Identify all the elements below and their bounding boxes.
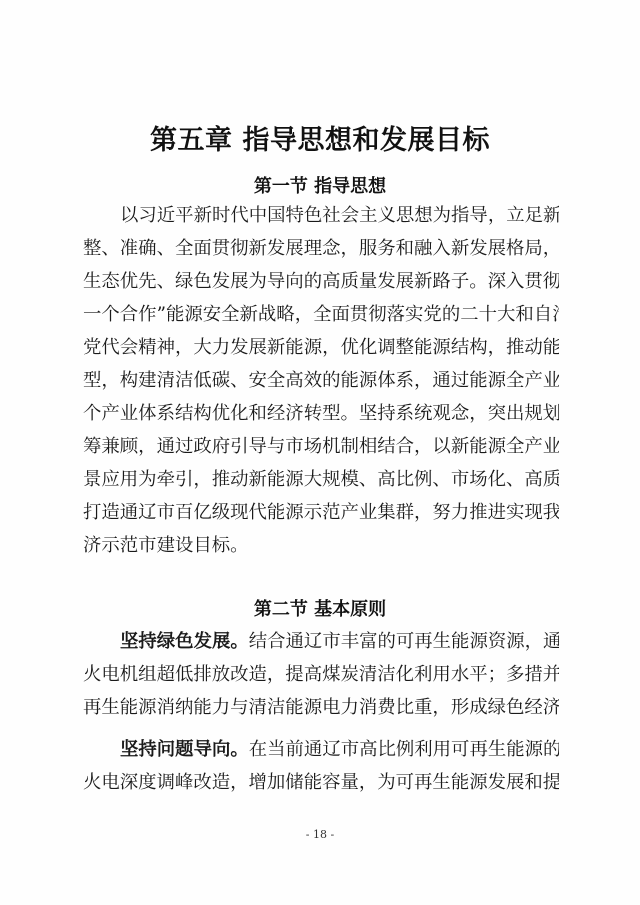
paragraph-line: 再生能源消纳能力与清洁能源电力消费比重，形成绿色经济发展的典范。 — [83, 691, 559, 724]
paragraph-line: 火电机组超低排放改造，提高煤炭清洁化利用水平；多措并举提升本地可 — [83, 658, 559, 691]
principle-green-development: 坚持绿色发展。结合通辽市丰富的可再生能源资源，通过存量和增量 火电机组超低排放改… — [83, 625, 559, 724]
section-title-guiding-ideology: 第一节 指导思想 — [0, 172, 640, 198]
section-title-basic-principles: 第二节 基本原则 — [0, 595, 640, 621]
paragraph-line: 筹兼顾，通过政府引导与市场机制相结合，以新能源全产业链发展、多场 — [83, 430, 559, 463]
principle-problem-oriented: 坚持问题导向。在当前通辽市高比例利用可再生能源的基础上，加快 火电深度调峰改造，… — [83, 733, 559, 799]
principle-first-line: 坚持绿色发展。结合通辽市丰富的可再生能源资源，通过存量和增量 — [83, 625, 559, 658]
paragraph-line: 打造通辽市百亿级现代能源示范产业集群，努力推进实现我市现代能源经 — [83, 496, 559, 529]
principle-first-line: 坚持问题导向。在当前通辽市高比例利用可再生能源的基础上，加快 — [83, 733, 559, 766]
principle-text: 在当前通辽市高比例利用可再生能源的基础上，加快 — [249, 739, 559, 760]
document-page: 第五章 指导思想和发展目标 第一节 指导思想 以习近平新时代中国特色社会主义思想… — [0, 0, 640, 905]
paragraph-guiding-ideology: 以习近平新时代中国特色社会主义思想为指导，立足新发展阶段，完 整、准确、全面贯彻… — [83, 199, 559, 562]
principle-heading: 坚持问题导向。 — [120, 739, 249, 760]
paragraph-line: 型，构建清洁低碳、安全高效的能源体系，通过能源全产业链发展引领整 — [83, 364, 559, 397]
paragraph-line: 生态优先、绿色发展为导向的高质量发展新路子。深入贯彻“四个革命， — [83, 265, 559, 298]
paragraph-line: 景应用为牵引，推动新能源大规模、高比例、市场化、高质量发展，着力 — [83, 463, 559, 496]
page-number: - 18 - — [0, 828, 640, 841]
paragraph-line: 整、准确、全面贯彻新发展理念，服务和融入新发展格局，坚定不移走以 — [83, 232, 559, 265]
principle-heading: 坚持绿色发展。 — [120, 631, 249, 652]
chapter-title: 第五章 指导思想和发展目标 — [0, 118, 640, 157]
paragraph-line: 济示范市建设目标。 — [83, 529, 559, 562]
paragraph-line: 个产业体系结构优化和经济转型。坚持系统观念，突出规划引领，注重统 — [83, 397, 559, 430]
paragraph-line: 火电深度调峰改造，增加储能容量，为可再生能源发展和提高能源现代化 — [83, 766, 559, 799]
paragraph-line: 一个合作”能源安全新战略，全面贯彻落实党的二十大和自治区第十一次 — [83, 298, 559, 331]
principle-text: 结合通辽市丰富的可再生能源资源，通过存量和增量 — [249, 631, 559, 652]
paragraph-line: 党代会精神，大力发展新能源，优化调整能源结构，推动能源绿色低碳转 — [83, 331, 559, 364]
paragraph-line: 以习近平新时代中国特色社会主义思想为指导，立足新发展阶段，完 — [83, 199, 559, 232]
